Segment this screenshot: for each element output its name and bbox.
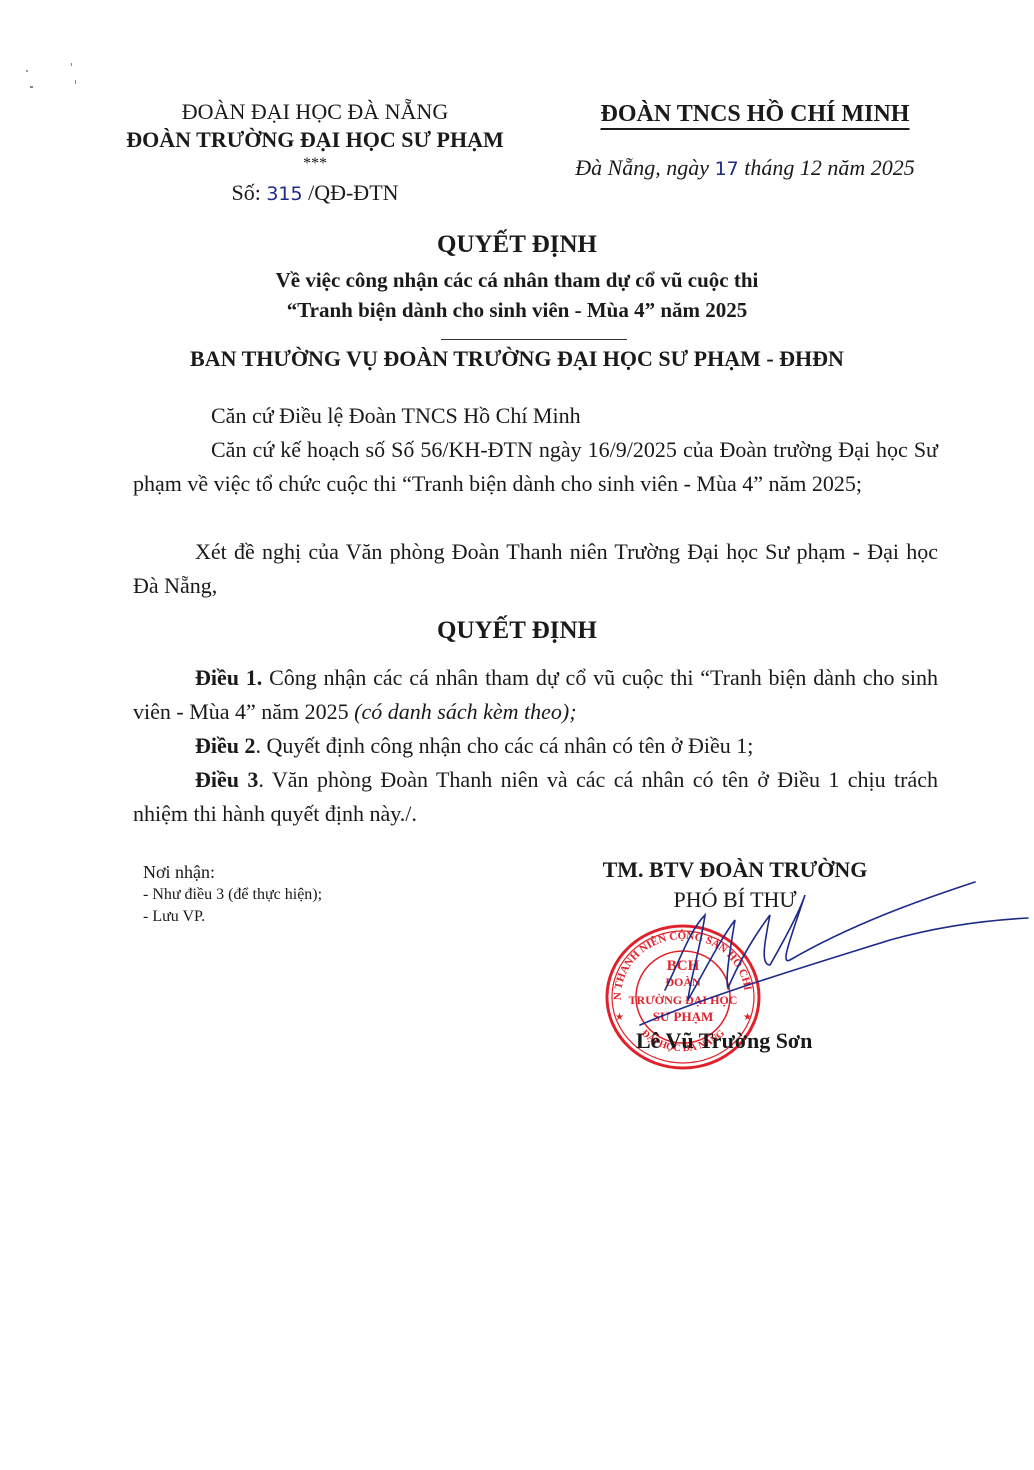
document-date: Đà Nẵng, ngày 17 tháng 12 năm 2025 — [545, 155, 945, 181]
article-2: Điều 2. Quyết định công nhận cho các cá … — [133, 729, 938, 763]
national-header: ĐOÀN TNCS HỒ CHÍ MINH — [560, 98, 950, 130]
title-divider — [441, 339, 627, 340]
scan-speck — [30, 86, 33, 88]
decision-heading: QUYẾT ĐỊNH — [0, 617, 1034, 645]
preamble-3: Xét đề nghị của Văn phòng Đoàn Thanh niê… — [133, 535, 938, 603]
issuing-authority: BAN THƯỜNG VỤ ĐOÀN TRƯỜNG ĐẠI HỌC SƯ PHẠ… — [0, 346, 1034, 372]
separator-stars: *** — [95, 154, 535, 174]
subject-line-2: “Tranh biện dành cho sinh viên - Mùa 4” … — [0, 298, 1034, 323]
scan-speck — [26, 70, 28, 72]
scan-speck — [71, 63, 72, 66]
preamble-2: Căn cứ kế hoạch số Số 56/KH-ĐTN ngày 16/… — [133, 433, 938, 501]
parent-organization: ĐOÀN ĐẠI HỌC ĐÀ NẴNG — [95, 98, 535, 126]
issuer-header: ĐOÀN ĐẠI HỌC ĐÀ NẴNG ĐOÀN TRƯỜNG ĐẠI HỌC… — [95, 98, 535, 209]
recipients-block: Nơi nhận: - Như điều 3 (để thực hiện); -… — [143, 860, 322, 928]
document-title: QUYẾT ĐỊNH — [0, 231, 1034, 259]
national-organization: ĐOÀN TNCS HỒ CHÍ MINH — [560, 98, 950, 130]
article-3: Điều 3. Văn phòng Đoàn Thanh niên và các… — [133, 763, 938, 831]
handwritten-signature-icon — [630, 870, 1034, 1070]
article-1: Điều 1. Công nhận các cá nhân tham dự cổ… — [133, 661, 938, 729]
svg-text:★: ★ — [615, 1012, 624, 1023]
recipient-item: - Như điều 3 (để thực hiện); — [143, 884, 322, 906]
recipients-heading: Nơi nhận: — [143, 860, 322, 884]
recipient-item: - Lưu VP. — [143, 906, 322, 928]
issuing-organization: ĐOÀN TRƯỜNG ĐẠI HỌC SƯ PHẠM — [95, 126, 535, 154]
preamble-1: Căn cứ Điều lệ Đoàn TNCS Hồ Chí Minh — [133, 399, 938, 433]
handwritten-number: 315 — [266, 183, 302, 205]
document-number: Số: 315 /QĐ-ĐTN — [95, 178, 535, 209]
scan-speck — [75, 80, 76, 84]
subject-line-1: Về việc công nhận các cá nhân tham dự cổ… — [0, 268, 1034, 293]
handwritten-day: 17 — [715, 158, 739, 180]
